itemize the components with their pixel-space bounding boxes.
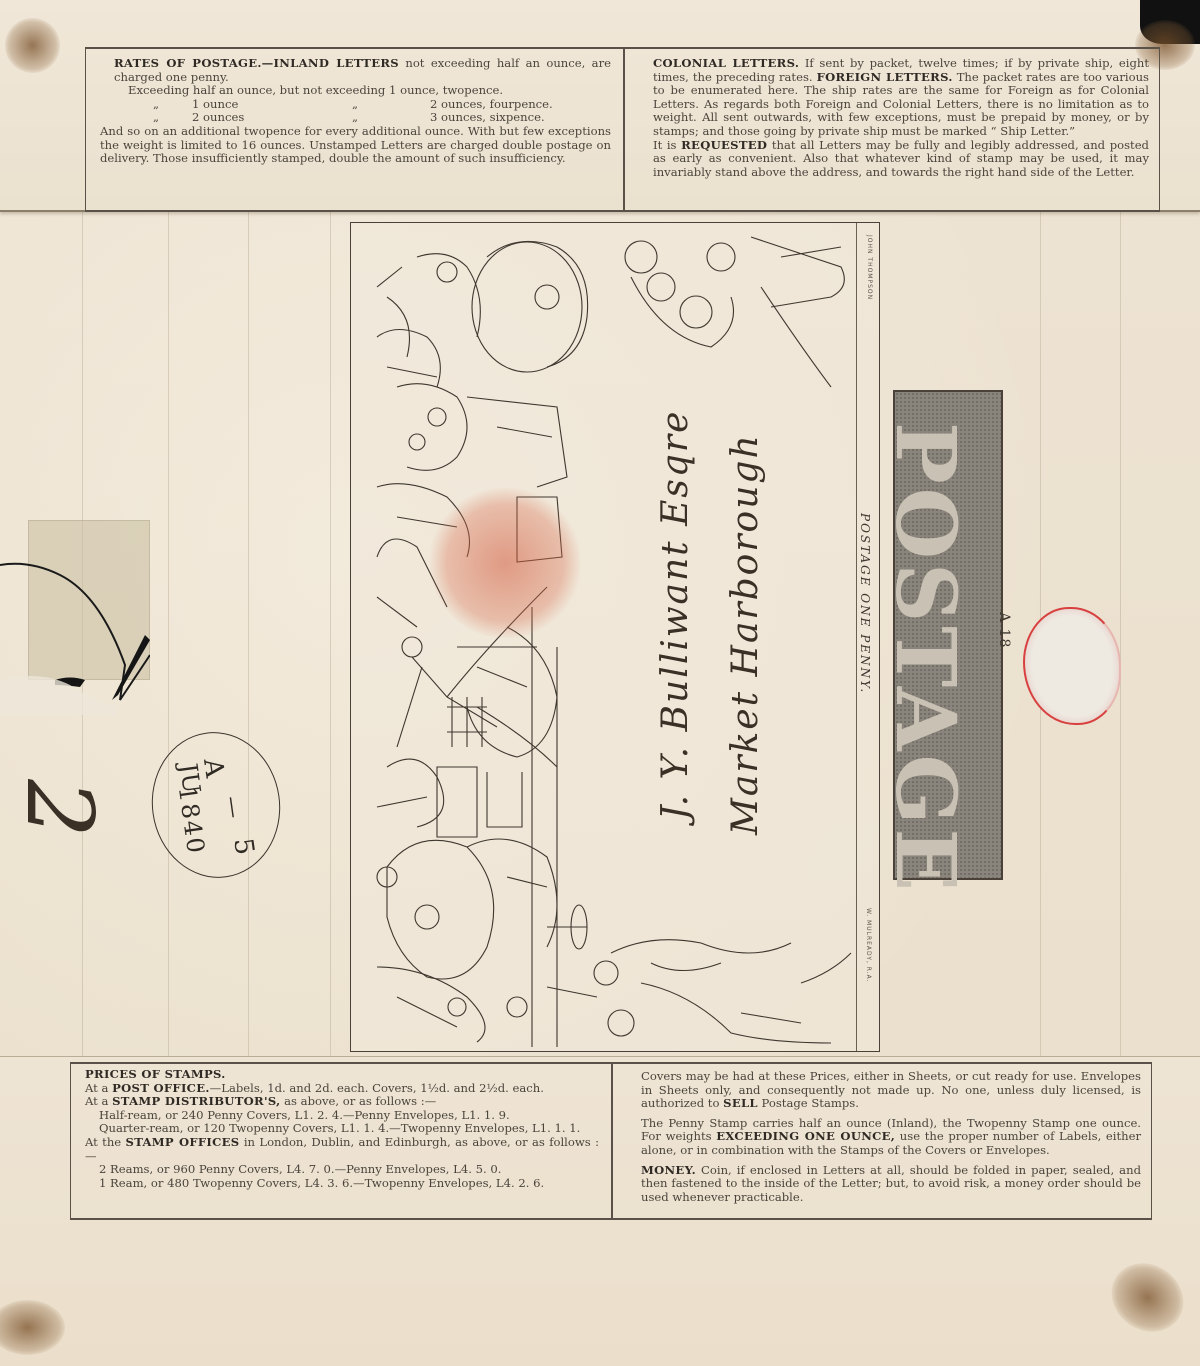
rate-from: 1 ounce xyxy=(192,98,352,112)
rates-heading: RATES OF POSTAGE.—INLAND LETTERS xyxy=(114,56,399,70)
rates-of-postage: RATES OF POSTAGE.—INLAND LETTERS not exc… xyxy=(86,49,623,210)
stamp-value-label: POSTAGE ONE PENNY. xyxy=(858,513,872,694)
control-mark: A 18 xyxy=(996,612,1012,648)
covers-text: Postage Stamps. xyxy=(758,1096,859,1110)
illustration-lower-right xyxy=(591,923,861,1048)
manuscript-charge-mark: 2 xyxy=(6,779,113,838)
prices-text: —Labels, 1d. and 2d. each. Covers, 1½d. … xyxy=(210,1081,544,1095)
postmark-year: 1840 xyxy=(173,784,210,856)
postmark-divider: — xyxy=(219,795,247,820)
illustration-upper-right xyxy=(601,227,861,397)
engraver-credit: JOHN THOMPSON xyxy=(866,235,873,300)
postage-stamp-panel: POSTAGE xyxy=(893,390,1003,880)
artist-credit: W. MULREADY, R.A. xyxy=(865,908,872,983)
mulready-envelope: JOHN THOMPSON POSTAGE ONE PENNY. W. MULR… xyxy=(350,222,880,1052)
lettersheet: RATES OF POSTAGE.—INLAND LETTERS not exc… xyxy=(0,0,1200,1366)
half-ream-price: Half-ream, or 240 Penny Covers, L1. 2. 4… xyxy=(85,1109,599,1123)
rate-to: 3 ounces, sixpence. xyxy=(430,111,545,125)
requested-text: It is xyxy=(653,138,681,152)
stamp-offices-bold: STAMP OFFICES xyxy=(126,1135,240,1149)
postmark-day: 5 xyxy=(227,836,259,857)
stamp-notes: Covers may be had at these Prices, eithe… xyxy=(613,1064,1153,1218)
rate-row: „ 1 ounce „ 2 ounces, fourpence. xyxy=(100,98,611,112)
britannia-illustration xyxy=(357,227,607,1047)
one-ream-price: 1 Ream, or 480 Twopenny Covers, L4. 3. 6… xyxy=(85,1177,599,1191)
ditto-mark: „ xyxy=(120,111,192,125)
post-office-bold: POST OFFICE. xyxy=(112,1081,210,1095)
ditto-mark: „ xyxy=(352,98,430,112)
rate-row: „ 2 ounces „ 3 ounces, sixpence. xyxy=(100,111,611,125)
colonial-letters: COLONIAL LETTERS. If sent by packet, twe… xyxy=(625,49,1161,210)
quarter-ream-price: Quarter-ream, or 120 Twopenny Covers, L1… xyxy=(85,1122,599,1136)
top-text-box: RATES OF POSTAGE.—INLAND LETTERS not exc… xyxy=(85,47,1160,212)
rate-from: 2 ounces xyxy=(192,111,352,125)
ditto-mark: „ xyxy=(352,111,430,125)
dated-postmark: A JU — 5 1840 xyxy=(142,724,289,886)
address-line-town: Market Harborough xyxy=(725,433,766,835)
maltese-cross-cancellation xyxy=(430,488,580,638)
prices-title: PRICES OF STAMPS. xyxy=(85,1067,226,1081)
distributor-bold: STAMP DISTRIBUTOR'S, xyxy=(112,1094,280,1108)
address-line-name: J. Y. Bulliwant Esqre xyxy=(655,410,696,820)
two-reams-price: 2 Reams, or 960 Penny Covers, L4. 7. 0.—… xyxy=(85,1163,599,1177)
sell-bold: SELL xyxy=(723,1096,758,1110)
postage-word: POSTAGE xyxy=(877,422,973,895)
requested-bold: REQUESTED xyxy=(681,138,767,152)
rates-closing: And so on an additional twopence for eve… xyxy=(100,125,611,166)
prices-text: as above, or as follows :— xyxy=(280,1094,436,1108)
colonial-heading: COLONIAL LETTERS. xyxy=(653,56,799,70)
paper-tear xyxy=(0,555,150,715)
foreign-heading: FOREIGN LETTERS. xyxy=(817,70,953,84)
covers-text: Covers may be had at these Prices, eithe… xyxy=(641,1069,1141,1110)
prices-text: At the xyxy=(85,1135,126,1149)
prices-of-stamps: PRICES OF STAMPS. At a POST OFFICE.—Labe… xyxy=(71,1064,611,1218)
rates-scale-intro: Exceeding half an ounce, but not exceedi… xyxy=(100,84,611,98)
bottom-text-box: PRICES OF STAMPS. At a POST OFFICE.—Labe… xyxy=(70,1062,1152,1220)
prices-text: At a xyxy=(85,1094,112,1108)
ditto-mark: „ xyxy=(120,98,192,112)
foxing-stain xyxy=(5,18,60,73)
money-text: Coin, if enclosed in Letters at all, sho… xyxy=(641,1163,1141,1204)
prices-text: At a xyxy=(85,1081,112,1095)
rate-to: 2 ounces, fourpence. xyxy=(430,98,553,112)
wax-seal-remnant xyxy=(1023,607,1121,725)
exceeding-bold: EXCEEDING ONE OUNCE, xyxy=(716,1129,895,1143)
money-bold: MONEY. xyxy=(641,1163,696,1177)
